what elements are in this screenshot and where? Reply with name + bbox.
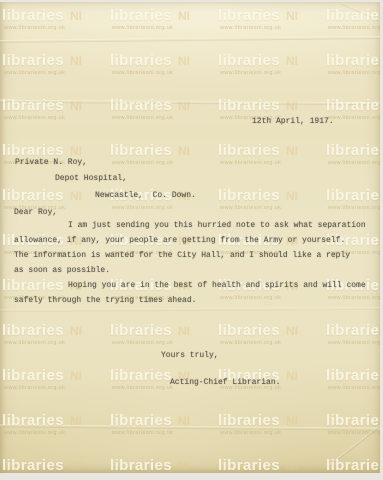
body-line: The information is wanted for the City H… (14, 251, 366, 266)
recipient-address-1: Depot Hospital, (55, 174, 127, 183)
recipient-address-2: Newcastle, Co. Down. (95, 191, 196, 200)
signature: Acting-Chief Librarian. (170, 378, 280, 387)
closing: Yours truly, (161, 351, 219, 360)
body-line: I am just sending you this hurried note … (14, 221, 366, 236)
date-line: 12th April, 1917. (252, 117, 334, 126)
body-line: Hoping you are in the best of health and… (14, 281, 366, 296)
body-line: safely through the trying times ahead. (14, 296, 366, 311)
scan-frame: librariesNIwww.librariesni.org.uklibrari… (0, 0, 383, 480)
letter-paper: librariesNIwww.librariesni.org.uklibrari… (0, 2, 380, 473)
scanned-letter-page: { "document": { "date_line": "12th April… (0, 0, 383, 480)
typed-letter: 12th April, 1917. Private N. Roy, Depot … (0, 2, 380, 473)
salutation: Dear Roy, (14, 208, 57, 217)
body-line: allowance, if any, your people are getti… (14, 236, 366, 251)
letter-body: I am just sending you this hurried note … (14, 221, 366, 311)
body-line: as soon as possible. (14, 266, 366, 281)
recipient-name: Private N. Roy, (15, 158, 87, 167)
